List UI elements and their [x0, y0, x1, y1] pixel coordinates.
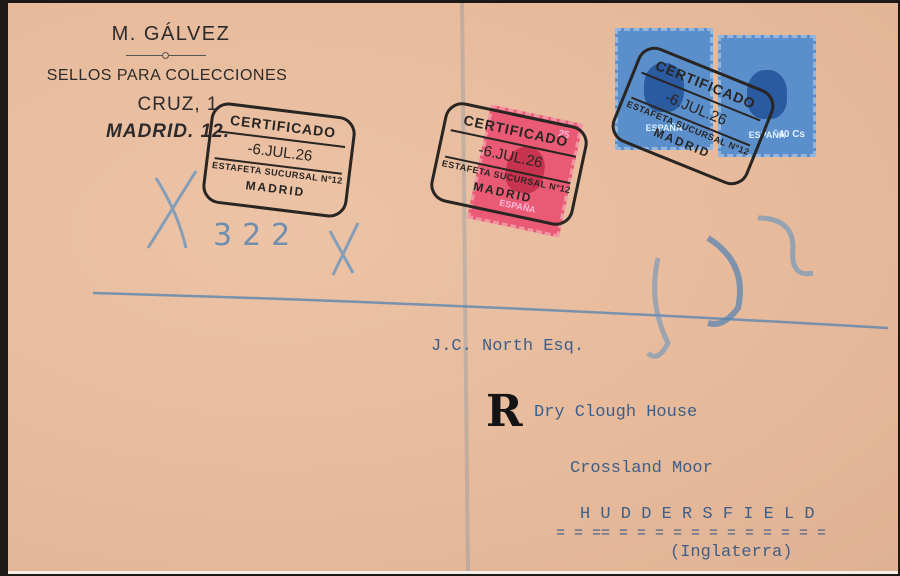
recipient-city: H U D D E R S F I E L D [580, 505, 815, 524]
blue-pencil-lines [8, 3, 898, 571]
registration-r-mark: R [486, 386, 523, 437]
city-underline: = = == = = = = = = = = = = = = [556, 525, 826, 542]
recipient-address-line2: Crossland Moor [570, 459, 713, 478]
pencil-number-322: 322 [213, 218, 300, 253]
recipient-name: J.C. North Esq. [431, 337, 584, 356]
envelope: M. GÁLVEZ SELLOS PARA COLECCIONES CRUZ, … [8, 3, 898, 574]
recipient-address-line1: Dry Clough House [534, 403, 697, 422]
recipient-country: (Inglaterra) [670, 543, 792, 562]
